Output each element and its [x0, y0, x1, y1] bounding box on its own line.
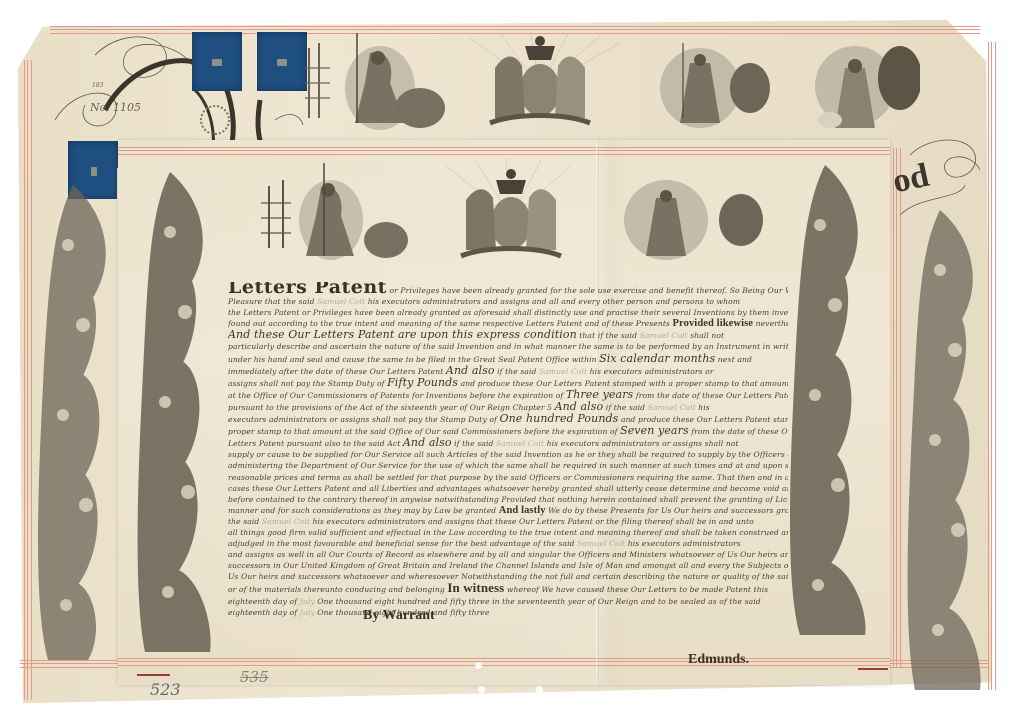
front-top-rule	[118, 147, 890, 155]
back-right-ornamental-column	[900, 210, 988, 690]
punch-hole	[478, 686, 485, 693]
body-line: and assigns as well in all Our Courts of…	[228, 549, 788, 560]
embossed-crown-icon	[277, 59, 287, 66]
by-warrant-text: By Warrant	[363, 608, 435, 624]
body-line: And these Our Letters Patent are upon th…	[228, 329, 788, 341]
front-sheet-vignette	[246, 158, 776, 268]
embossed-crown-icon	[212, 59, 222, 66]
body-line: before contained to the contrary thereof…	[228, 494, 788, 505]
red-ink-mark	[137, 674, 170, 676]
body-line: reasonable prices and terms as shall be …	[228, 472, 788, 483]
body-line: Pleasure that the said Samuel Colt his e…	[228, 296, 788, 307]
body-line: Letters Patent or Privileges have been a…	[228, 282, 788, 296]
body-line: Us Our heirs and successors whatsoever a…	[228, 571, 788, 582]
red-ink-mark	[858, 668, 888, 670]
body-line: successors in Our United Kingdom of Grea…	[228, 560, 788, 571]
letters-patent-heading: Letters Patent	[228, 282, 387, 296]
body-line: particularly describe and ascertain the …	[228, 341, 788, 352]
front-bottom-rule	[118, 658, 890, 666]
pencil-note-523: 523	[150, 680, 181, 699]
body-line: supply or cause to be supplied for Our S…	[228, 449, 788, 460]
body-line: proper stamp to that amount at the said …	[228, 425, 788, 437]
partial-heading-text: od	[889, 157, 932, 202]
body-line: the said Samuel Colt his executors admin…	[228, 516, 788, 527]
front-sheet: Letters Patent or Privileges have been a…	[118, 140, 890, 685]
body-line: eighteenth day of July One thousand eigh…	[228, 596, 788, 607]
body-line: Letters Patent pursuant also to the said…	[228, 437, 788, 449]
back-left-ornamental-column	[28, 185, 118, 660]
punch-hole	[475, 662, 482, 669]
embossed-crown-icon	[91, 167, 97, 176]
body-line: pursuant to the provisions of the Act of…	[228, 401, 788, 413]
body-line: eighteenth day of July One thousand eigh…	[228, 607, 788, 618]
patent-body-text: Letters Patent or Privileges have been a…	[228, 282, 788, 618]
body-line: executors administrators or assigns shal…	[228, 413, 788, 425]
body-line: cases these Our Letters Patent and all L…	[228, 483, 788, 494]
front-right-ornamental-column	[780, 165, 872, 635]
patentee-name: Samuel Colt	[317, 297, 365, 306]
punch-hole	[536, 686, 543, 693]
back-sheet-number: No. 1105	[90, 101, 141, 114]
body-line: the Letters Patent or Privileges have be…	[228, 307, 788, 318]
body-line: under his hand and seal and cause the sa…	[228, 353, 788, 365]
body-line: adjudged in the most favourable and bene…	[228, 538, 788, 549]
body-line: found out according to the true intent a…	[228, 318, 788, 329]
signatory-name: Edmunds.	[688, 652, 749, 668]
pencil-note-struck: 535	[240, 668, 269, 686]
back-sheet-vignette	[300, 28, 920, 138]
body-line: assigns shall not pay the Stamp Duty of …	[228, 377, 788, 389]
back-sheet-small-note: 183	[92, 82, 103, 89]
back-right-rule	[988, 42, 996, 690]
body-line: administering the Department of Our Serv…	[228, 460, 788, 471]
body-line: or of the materials thereunto conducing …	[228, 582, 788, 595]
front-left-ornamental-column	[130, 172, 218, 652]
body-line: immediately after the date of these Our …	[228, 365, 788, 377]
body-line: at the Office of Our Commissioners of Pa…	[228, 389, 788, 401]
revenue-stamp	[192, 32, 242, 91]
body-line: manner and for such considerations as th…	[228, 505, 788, 516]
body-line: all things good firm valid sufficient an…	[228, 527, 788, 538]
